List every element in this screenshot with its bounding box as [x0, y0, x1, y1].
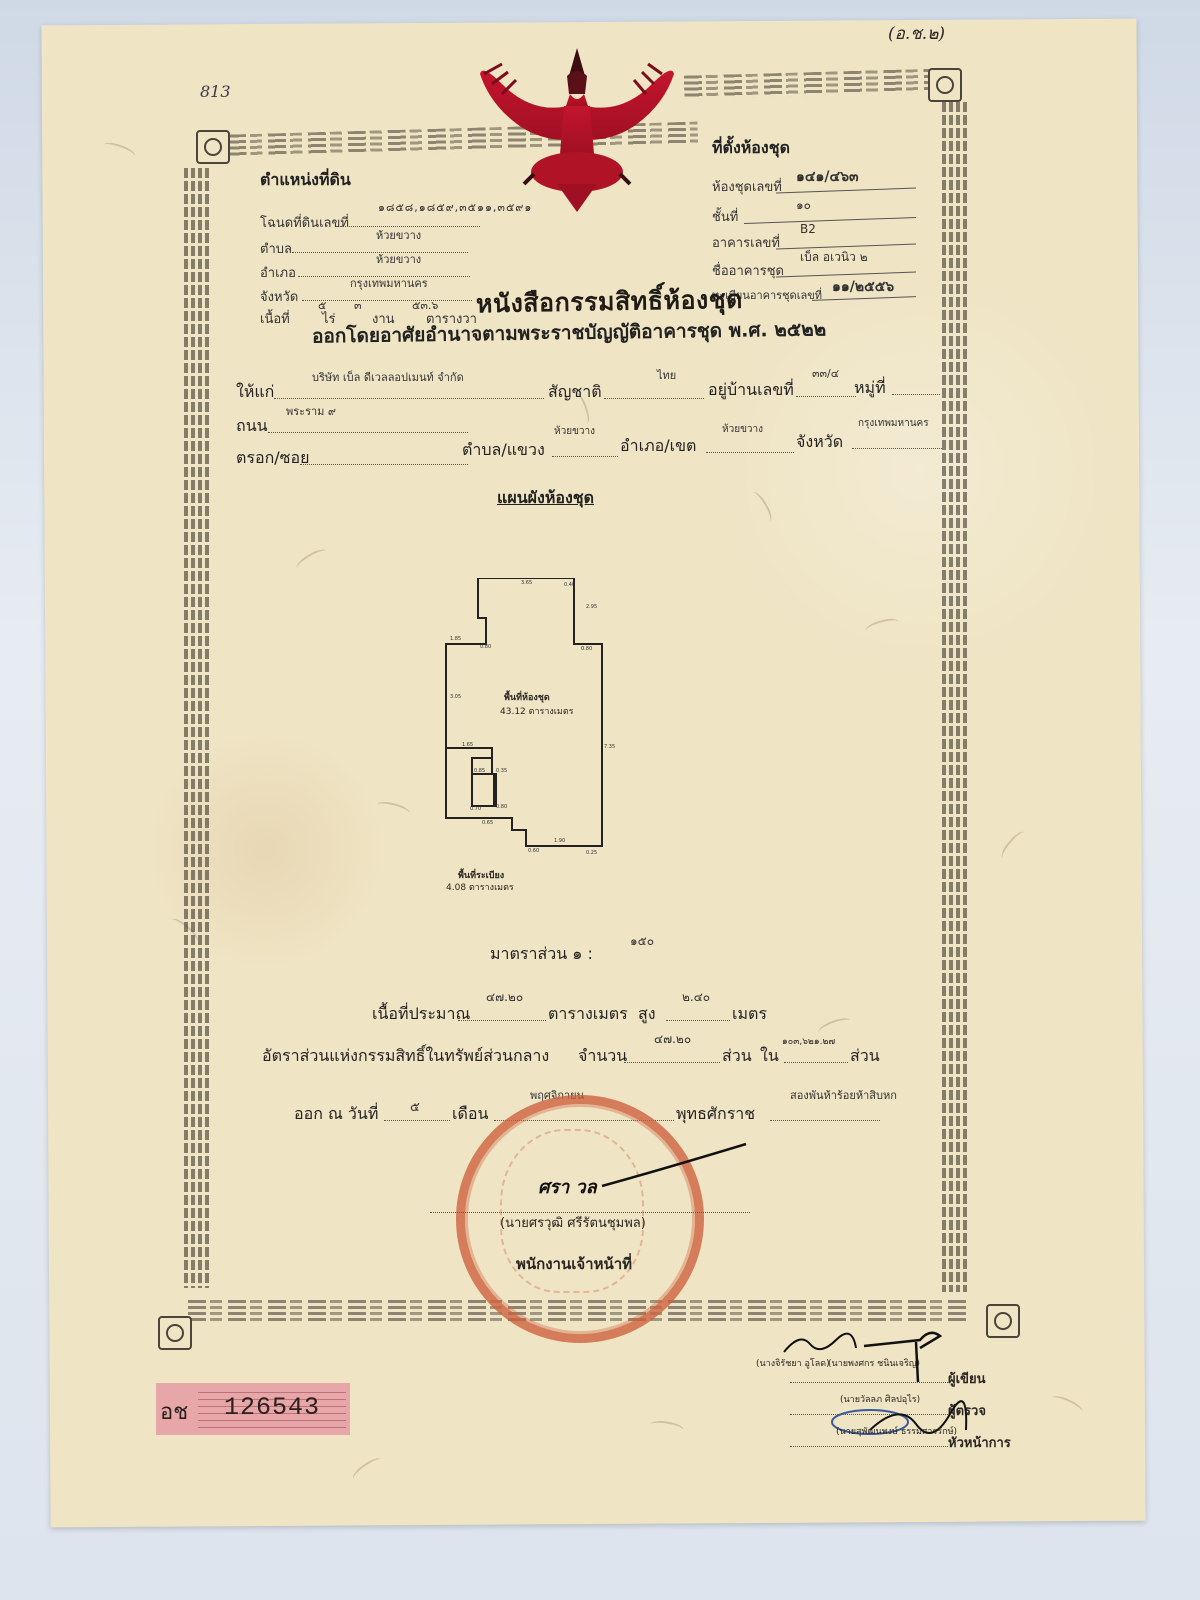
floor-value: ๑๐ [796, 196, 811, 215]
unit-no-value: ๑๔๑/๔๖๓ [796, 166, 859, 188]
svg-text:3.65: 3.65 [521, 580, 532, 586]
head-role: หัวหน้าการ [948, 1432, 1011, 1453]
officer-signature: ศรา วล [538, 1172, 597, 1201]
height-value: ๒.๔๐ [682, 988, 710, 1007]
amphoe-label: อำเภอ [260, 262, 296, 283]
form-code: (อ.ช.๒) [888, 20, 945, 47]
scale-value: ๑๕๐ [630, 932, 654, 951]
unit-location-heading: ที่ตั้งห้องชุด [712, 136, 790, 161]
nationality-line [604, 398, 704, 399]
room-area-value: 43.12 ตารางเมตร [500, 704, 574, 718]
owner-label: ให้แก่ [236, 380, 274, 405]
writer1-signature [780, 1330, 860, 1358]
owner-province-line [852, 448, 942, 449]
scale-label: มาตราส่วน ๑ : [490, 942, 593, 967]
owner-value: บริษัท เบ็ล ดีเวลลอปเมนท์ จำกัด [312, 368, 464, 386]
svg-text:1.85: 1.85 [450, 636, 461, 642]
moo-label: หมู่ที่ [854, 376, 886, 401]
corner-ornament-top-left [196, 130, 230, 164]
svg-text:0.35: 0.35 [496, 768, 507, 774]
corner-ornament-top-right [928, 68, 962, 102]
svg-text:0.80: 0.80 [581, 646, 592, 652]
owner-line [274, 398, 544, 399]
handwritten-note: 813 [200, 82, 231, 101]
nationality-label: สัญชาติ [548, 380, 602, 405]
svg-text:0.80: 0.80 [480, 644, 491, 650]
amphoe-value: ห้วยขวาง [376, 250, 421, 268]
microtext-left [184, 168, 210, 1288]
head-line [790, 1446, 948, 1447]
svg-text:3.05: 3.05 [450, 694, 461, 700]
garuda-emblem-icon [472, 44, 682, 214]
registry-value: ๑๑/๒๕๕๖ [832, 276, 894, 298]
province-line [302, 300, 472, 301]
total-value: ๑๐๓,๖๒๑.๒๗ [782, 1034, 835, 1048]
approx-area-value: ๔๗.๒๐ [486, 988, 523, 1007]
svg-text:0.40: 0.40 [564, 582, 575, 588]
svg-text:7.35: 7.35 [604, 744, 615, 750]
amount-value: ๔๗.๒๐ [654, 1030, 691, 1049]
corner-ornament-bottom-left [158, 1316, 192, 1350]
part-label-2: ส่วน [850, 1044, 880, 1069]
approx-area-label: เนื้อที่ประมาณ [372, 1002, 470, 1027]
serial-number: 126543 [224, 1393, 320, 1422]
floor-label: ชั้นที่ [712, 206, 738, 227]
svg-text:0.85: 0.85 [474, 768, 485, 774]
building-no-label: อาคารเลขที่ [712, 232, 780, 253]
soi-line [300, 464, 468, 465]
writer-role: ผู้เขียน [948, 1368, 985, 1389]
building-name-label: ชื่ออาคารชุด [712, 260, 784, 281]
room-area-label: พื้นที่ห้องชุด [504, 690, 550, 704]
road-label: ถนน [236, 414, 268, 439]
year-value: สองพันห้าร้อยห้าสิบหก [790, 1086, 897, 1104]
nationality-value: ไทย [657, 366, 676, 384]
province-label: จังหวัด [260, 286, 298, 307]
approx-area-line [458, 1020, 546, 1021]
svg-text:0.65: 0.65 [482, 820, 493, 826]
svg-text:0.80: 0.80 [496, 804, 507, 810]
head-name: (นายสุพัฒนพงษ์ ธรรมสารรักษ์) [836, 1424, 957, 1438]
height-line [666, 1020, 730, 1021]
tambon-value: ห้วยขวาง [376, 226, 421, 244]
district-value: ห้วยขวาง [722, 422, 763, 437]
year-line [770, 1120, 880, 1121]
area-label: เนื้อที่ [260, 308, 290, 329]
common-ratio-label: อัตราส่วนแห่งกรรมสิทธิ์ในทรัพย์ส่วนกลาง [262, 1044, 549, 1069]
sqm-label: ตารางเมตร [548, 1002, 628, 1027]
road-line [268, 432, 468, 433]
land-location-heading: ตำแหน่งที่ดิน [260, 168, 351, 193]
svg-text:1.90: 1.90 [554, 838, 565, 844]
amount-line [624, 1062, 720, 1063]
amount-label: จำนวน [578, 1044, 627, 1069]
building-no-value: B2 [800, 222, 816, 236]
moo-line [892, 394, 940, 395]
part-label: ส่วน [722, 1044, 752, 1069]
subdistrict-label: ตำบล/แขวง [462, 438, 545, 463]
month-label: เดือน [452, 1102, 488, 1127]
balcony-value: 4.08 ตารางเมตร [446, 880, 514, 894]
soi-label: ตรอก/ซอย [236, 446, 310, 471]
serial-prefix: อช [160, 1394, 188, 1429]
subdistrict-line [552, 456, 618, 457]
deed-no-value: ๑๘๕๘,๑๘๕๙,๓๕๑๑,๓๕๙๑ [378, 198, 532, 216]
officer-title: พนักงานเจ้าหน้าที่ [516, 1252, 632, 1276]
signature-stroke [600, 1140, 750, 1190]
issued-label: ออก ณ วันที่ [294, 1102, 378, 1127]
district-line [706, 452, 794, 453]
day-value: ๕ [410, 1096, 420, 1117]
floor-plan-heading: แผนผังห้องชุด [497, 486, 594, 511]
writer2-name: (นายพงศกร ชนินเจริญ) [828, 1356, 920, 1370]
floor-plan-drawing: 3.650.402.95 0.801.850.80 3.057.351.65 0… [436, 578, 636, 878]
svg-text:0.25: 0.25 [586, 850, 597, 856]
building-name-value: เบ็ล อเวนิว ๒ [800, 248, 868, 267]
meter-label: เมตร [732, 1002, 767, 1027]
district-label: อำเภอ/เขต [620, 434, 696, 459]
owner-province-value: กรุงเทพมหานคร [858, 416, 929, 431]
height-label: สูง [638, 1002, 656, 1027]
svg-text:2.95: 2.95 [586, 604, 597, 610]
tambon-label: ตำบล [260, 238, 292, 259]
day-line [384, 1120, 450, 1121]
svg-text:0.70: 0.70 [470, 806, 481, 812]
subdistrict-value: ห้วยขวาง [554, 424, 595, 439]
house-no-value: ๓๓/๔ [812, 364, 839, 382]
writer-line [790, 1382, 948, 1383]
deed-no-label: โฉนดที่ดินเลขที่ [260, 212, 349, 233]
house-no-label: อยู่บ้านเลขที่ [708, 378, 794, 403]
road-value: พระราม ๙ [286, 402, 336, 420]
province-label-owner: จังหวัด [796, 430, 843, 455]
svg-text:1.65: 1.65 [462, 742, 473, 748]
microtext-right [942, 102, 968, 1292]
unit-no-label: ห้องชุดเลขที่ [712, 176, 782, 197]
svg-text:0.60: 0.60 [528, 848, 539, 854]
province-value: กรุงเทพมหานคร [350, 274, 428, 292]
ngan-value: ๓ [354, 296, 362, 314]
total-line [784, 1062, 848, 1063]
writer1-name: (นางจิรัชยา อูโลด) [756, 1356, 830, 1370]
house-no-line [796, 396, 856, 397]
corner-ornament-bottom-right [986, 1304, 1020, 1338]
in-label: ใน [760, 1044, 779, 1069]
officer-name: (นายศรวุฒิ ศรีรัตนชุมพล) [500, 1212, 646, 1233]
year-label: พุทธศักราช [676, 1102, 755, 1127]
